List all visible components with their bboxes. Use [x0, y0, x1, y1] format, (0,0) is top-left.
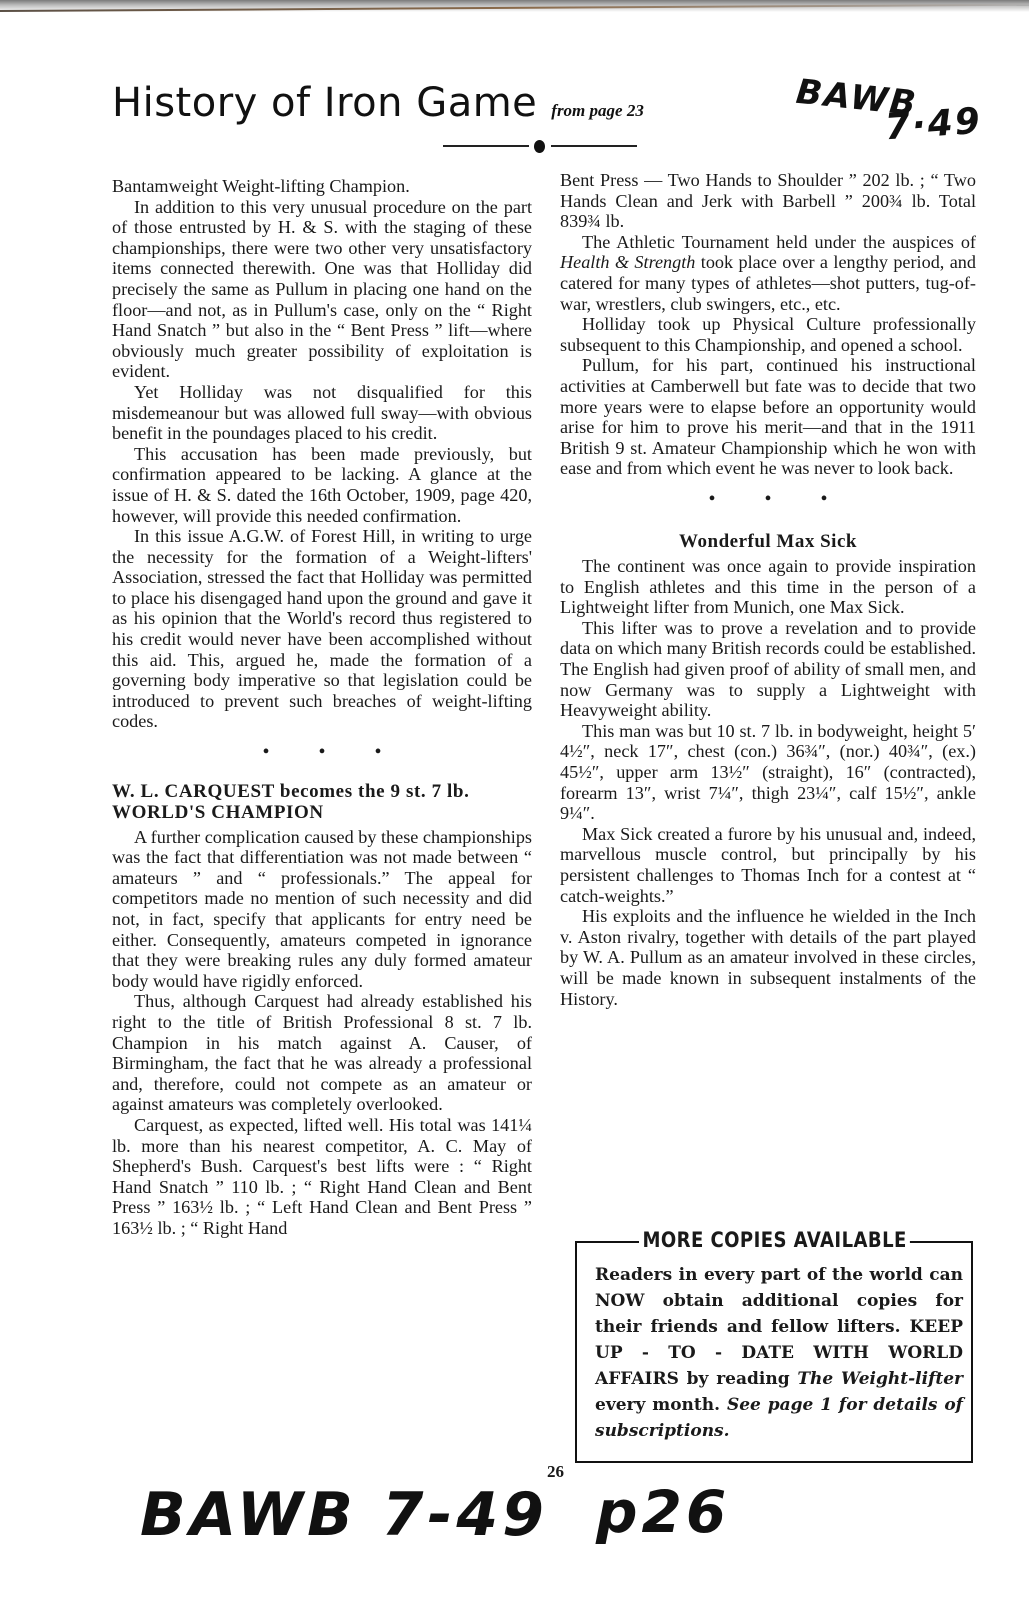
left-column: Bantamweight Weight-lifting Champion. In… [112, 176, 532, 1239]
paragraph: Max Sick created a furore by his unusual… [560, 824, 976, 906]
promo-body: Readers in every part of the world can N… [595, 1262, 963, 1444]
ornament-rule-left [443, 145, 529, 147]
paragraph: In addition to this very unusual procedu… [112, 197, 532, 382]
paragraph: The Athletic Tournament held under the a… [560, 232, 976, 314]
continued-from-label: from page 23 [551, 101, 644, 121]
paragraph: In this issue A.G.W. of Forest Hill, in … [112, 526, 532, 732]
paragraph: A further complication caused by these c… [112, 827, 532, 992]
text-run: The Athletic Tournament held under the a… [582, 232, 976, 252]
ornament-dot-icon [534, 140, 545, 153]
ornament-rule-right [551, 145, 637, 147]
paragraph: Bantamweight Weight-lifting Champion. [112, 176, 532, 197]
paragraph: Yet Holliday was not disqualified for th… [112, 382, 532, 444]
page-number: 26 [547, 1462, 564, 1482]
more-copies-promo-box: MORE COPIES AVAILABLE Readers in every p… [575, 1228, 975, 1460]
title-ornament-divider [443, 140, 637, 152]
paragraph: Bent Press — Two Hands to Shoulder ” 202… [560, 170, 976, 232]
article-header: History of Iron Game from page 23 [112, 80, 644, 126]
text-run: every month. [595, 1395, 727, 1415]
article-title: History of Iron Game [112, 80, 537, 126]
paragraph: Carquest, as expected, lifted well. His … [112, 1115, 532, 1239]
publication-name: The Weight-lifter [797, 1369, 963, 1389]
section-separator-stars: • • • [112, 742, 532, 763]
paragraph: This lifter was to prove a revelation an… [560, 618, 976, 721]
handwritten-annotation-page: p26 [596, 1478, 730, 1546]
section-heading: W. L. CARQUEST becomes the 9 st. 7 lb. W… [112, 781, 532, 823]
paragraph: Thus, although Carquest had already esta… [112, 991, 532, 1115]
paragraph: This man was but 10 st. 7 lb. in bodywei… [560, 721, 976, 824]
handwritten-annotation-bottom: BAWB 7-49 [140, 1480, 548, 1550]
right-column: Bent Press — Two Hands to Shoulder ” 202… [560, 170, 976, 1009]
paragraph: Holliday took up Physical Culture profes… [560, 314, 976, 355]
promo-title: MORE COPIES AVAILABLE [639, 1228, 910, 1252]
paragraph: Pullum, for his part, continued his inst… [560, 355, 976, 479]
paragraph: His exploits and the influence he wielde… [560, 906, 976, 1009]
publication-name: Health & Strength [560, 252, 695, 272]
paragraph: This accusation has been made previously… [112, 444, 532, 526]
section-separator-stars: • • • [560, 489, 976, 510]
paragraph: The continent was once again to provide … [560, 556, 976, 618]
section-heading: Wonderful Max Sick [560, 532, 976, 553]
handwritten-annotation-top-date: 7·49 [884, 101, 983, 149]
